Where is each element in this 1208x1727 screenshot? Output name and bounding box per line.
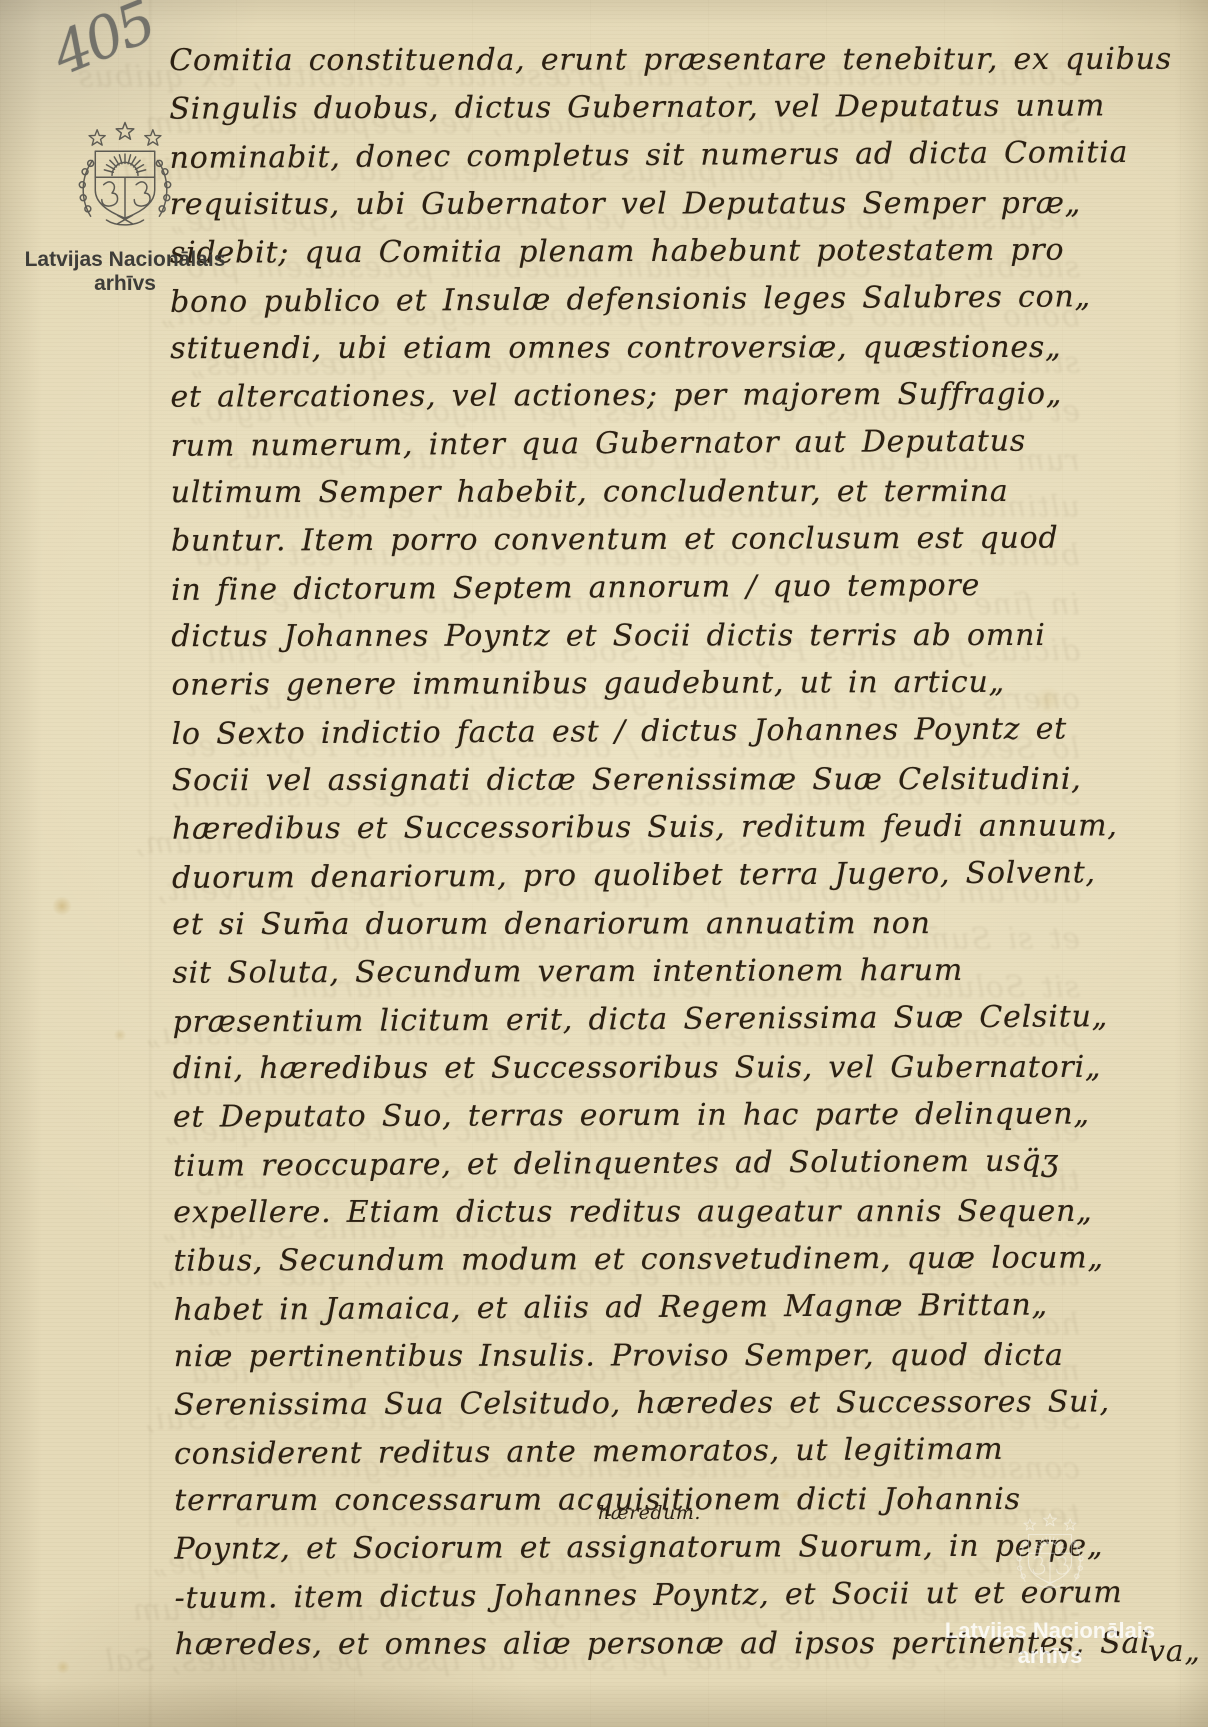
manuscript-line: Comitia constituenda, erunt præsentare t…: [169, 36, 1119, 85]
manuscript-line: Poyntz, et Sociorum et assignatorum Suor…: [174, 1522, 1124, 1573]
manuscript-line: expellere. Etiam dictus reditus augeatur…: [173, 1188, 1123, 1237]
archive-name-line1: Latvijas Nacionālais: [20, 248, 230, 272]
manuscript-line: bono publico et Insulæ defensionis leges…: [170, 273, 1120, 327]
manuscript-line: buntur. Item porro conventum et conclusu…: [171, 514, 1121, 565]
manuscript-line: habet in Jamaica, et aliis ad Regem Magn…: [173, 1281, 1123, 1335]
manuscript-line: sidebit; qua Comitia plenam habebunt pot…: [170, 226, 1120, 277]
manuscript-line: Socii vel assignati dictæ Serenissimæ Su…: [172, 756, 1122, 805]
manuscript-line: considerent reditus ante memoratos, ut l…: [174, 1425, 1124, 1479]
manuscript-line: hæredibus et Successoribus Suis, reditum…: [172, 802, 1122, 853]
manuscript-line: dictus Johannes Poyntz et Socii dictis t…: [171, 612, 1121, 661]
manuscript-line: lo Sexto indictio facta est / dictus Joh…: [171, 705, 1121, 759]
manuscript-line: -tuum. item dictus Johannes Poyntz, et S…: [174, 1569, 1124, 1623]
archive-logo-top: Latvijas Nacionālais arhīvs: [20, 116, 230, 296]
interlinear-insertion: hæredum.: [598, 1502, 701, 1524]
manuscript-line: stituendi, ubi etiam omnes controversiæ,…: [170, 324, 1120, 373]
manuscript-line: ultimum Semper habebit, concludentur, et…: [171, 468, 1121, 517]
manuscript-line: nominabit, donec completus sit numerus a…: [169, 129, 1119, 183]
manuscript-line: tium reoccupare, et delinquentes ad Solu…: [173, 1137, 1123, 1191]
manuscript-line: præsentium licitum erit, dicta Serenissi…: [172, 993, 1122, 1047]
manuscript-line: et Deputato Suo, terras eorum in hac par…: [173, 1090, 1123, 1141]
manuscript-line: et si Sum̄a duorum denariorum annuatim n…: [172, 900, 1122, 949]
archive-name-line2: arhīvs: [20, 272, 230, 296]
manuscript-line: dini, hæredibus et Successoribus Suis, v…: [173, 1044, 1123, 1093]
coat-of-arms-icon: [60, 116, 190, 246]
manuscript-line: tibus, Secundum modum et consvetudinem, …: [173, 1234, 1123, 1285]
manuscript-text-block: Comitia constituenda, erunt præsentare t…: [169, 34, 1125, 1669]
manuscript-line: duorum denariorum, pro quolibet terra Ju…: [172, 849, 1122, 903]
manuscript-line: hæredes, et omnes aliæ personæ ad ipsos …: [175, 1620, 1125, 1669]
catchword: va„: [1148, 1634, 1201, 1669]
manuscript-page: Comitia constituenda, erunt præsentare t…: [0, 0, 1208, 1727]
manuscript-line: requisitus, ubi Gubernator vel Deputatus…: [170, 180, 1120, 229]
manuscript-line: niæ pertinentibus Insulis. Proviso Sempe…: [174, 1332, 1124, 1381]
folio-number-pencil: 405: [43, 0, 163, 89]
manuscript-line: et altercationes, vel actiones; per majo…: [170, 370, 1120, 421]
manuscript-line: in fine dictorum Septem annorum / quo te…: [171, 561, 1121, 615]
manuscript-line: Singulis duobus, dictus Gubernator, vel …: [169, 82, 1119, 133]
manuscript-line: Serenissima Sua Celsitudo, hæredes et Su…: [174, 1378, 1124, 1429]
manuscript-line: rum numerum, inter qua Gubernator aut De…: [170, 417, 1120, 471]
manuscript-line: oneris genere immunibus gaudebunt, ut in…: [171, 658, 1121, 709]
manuscript-line: sit Soluta, Secundum veram intentionem h…: [172, 946, 1122, 997]
